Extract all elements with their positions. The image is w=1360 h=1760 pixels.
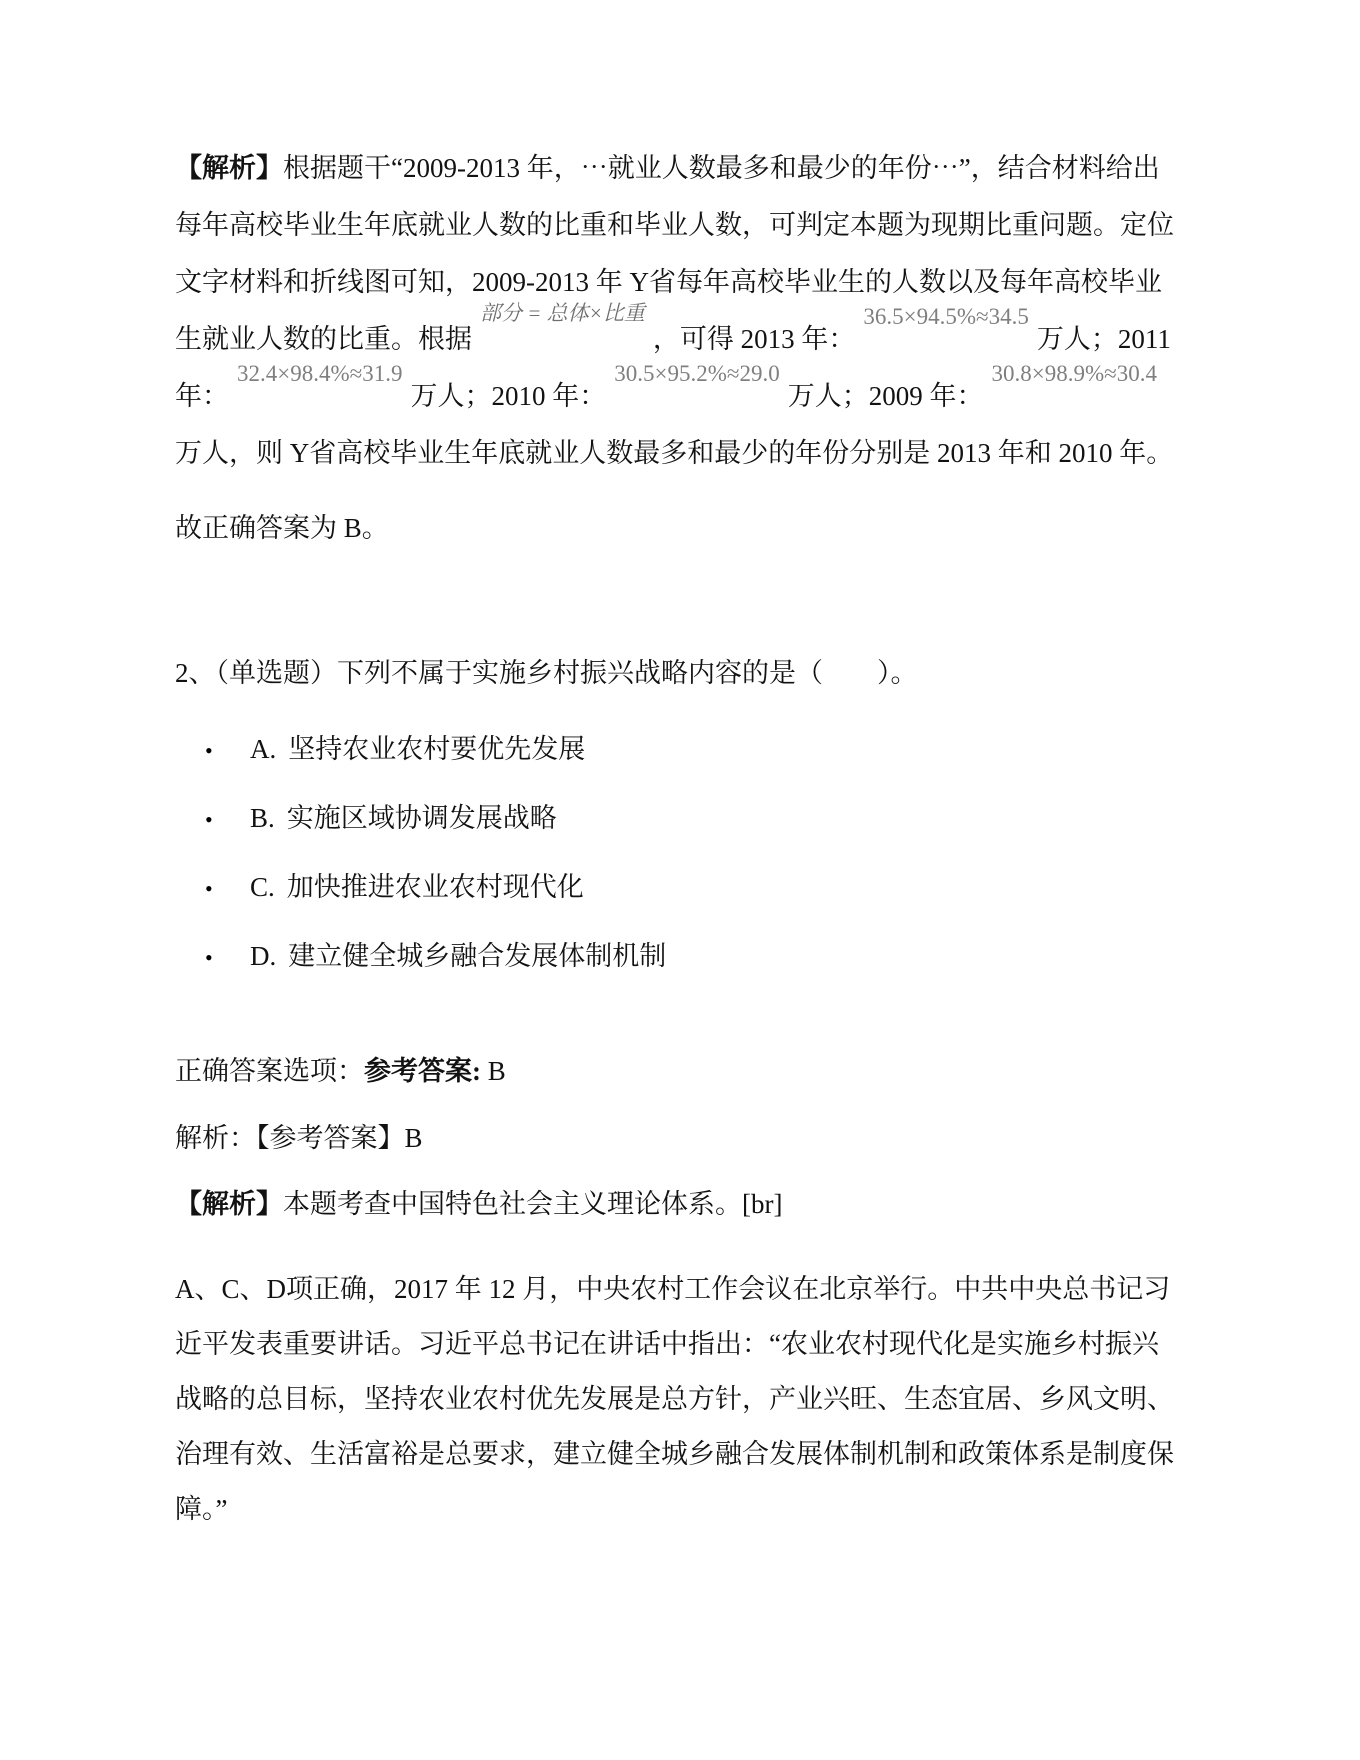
q1-analysis-paragraph: 【解析】根据题干“2009-2013 年，⋯就业人数最多和最少的年份⋯”，结合材…	[175, 140, 1183, 482]
inline-formula-2013: 36.5×94.5%≈34.5	[855, 305, 1037, 328]
option-item-d: • D. 建立健全城乡融合发展体制机制	[175, 939, 1188, 975]
bullet-icon: •	[205, 872, 250, 906]
br-tag: [br]	[742, 1189, 782, 1219]
inline-formula-part-total-ratio: 部分 = 总体×比重	[472, 302, 653, 325]
inline-formula-2011: 32.4×98.4%≈31.9	[229, 362, 411, 385]
q1-analysis-text-5: 万人；2009 年：	[788, 381, 984, 411]
option-letter: C.	[250, 870, 275, 904]
option-item-b: • B. 实施区域协调发展战略	[175, 801, 1188, 837]
q1-analysis-text-6: 万人，则 Y省高校毕业生年底就业人数最多和最少的年份分别是 2013 年和 20…	[175, 438, 1173, 468]
q1-analysis-text-4: 万人；2010 年：	[411, 381, 607, 411]
option-text: 建立健全城乡融合发展体制机制	[288, 939, 666, 973]
q2-question-number: 2、	[175, 658, 216, 688]
q2-analysis-body: A、C、D项正确，2017 年 12 月，中央农村工作会议在北京举行。中共中央总…	[175, 1262, 1183, 1537]
option-letter: A.	[250, 732, 276, 766]
q1-analysis-text-2: ，可得 2013 年：	[653, 324, 856, 354]
option-letter: D.	[250, 939, 276, 973]
q1-analysis-label: 【解析】	[175, 153, 283, 183]
q2-question-type-tag: （单选题）	[216, 658, 338, 688]
bullet-icon: •	[205, 803, 250, 837]
q2-analysis-heading: 【解析】本题考查中国特色社会主义理论体系。[br]	[175, 1186, 1183, 1222]
answer-value: B	[481, 1056, 506, 1086]
option-item-c: • C. 加快推进农业农村现代化	[175, 870, 1188, 906]
q2-analysis-intro: 本题考查中国特色社会主义理论体系。	[283, 1189, 742, 1219]
answer-label: 参考答案:	[364, 1056, 481, 1086]
q2-stem-text: 下列不属于实施乡村振兴战略内容的是（ ）。	[337, 658, 918, 688]
option-item-a: • A. 坚持农业农村要优先发展	[175, 732, 1188, 768]
bullet-icon: •	[205, 941, 250, 975]
answer-prefix: 正确答案选项：	[175, 1056, 364, 1086]
q2-options-list: • A. 坚持农业农村要优先发展 • B. 实施区域协调发展战略 • C. 加快…	[175, 732, 1188, 975]
document-page: 【解析】根据题干“2009-2013 年，⋯就业人数最多和最少的年份⋯”，结合材…	[0, 0, 1360, 1760]
inline-formula-2010: 30.5×95.2%≈29.0	[606, 362, 788, 385]
option-letter: B.	[250, 801, 275, 835]
q2-analysis-answer-line: 解析：【参考答案】B	[175, 1120, 1183, 1156]
bullet-icon: •	[205, 734, 250, 768]
option-text: 加快推进农业农村现代化	[287, 870, 584, 904]
jiexi-prefix: 解析：	[175, 1123, 256, 1153]
q2-answer-line: 正确答案选项：参考答案: B	[175, 1053, 1183, 1089]
q2-analysis-label: 【解析】	[175, 1189, 283, 1219]
q2-stem: 2、（单选题）下列不属于实施乡村振兴战略内容的是（ ）。	[175, 645, 1183, 702]
jiexi-value: 【参考答案】B	[256, 1123, 423, 1153]
option-text: 实施区域协调发展战略	[287, 801, 557, 835]
inline-formula-2009: 30.8×98.9%≈30.4	[984, 362, 1166, 385]
q1-conclusion: 故正确答案为 B。	[175, 500, 1183, 557]
option-text: 坚持农业农村要优先发展	[288, 732, 585, 766]
